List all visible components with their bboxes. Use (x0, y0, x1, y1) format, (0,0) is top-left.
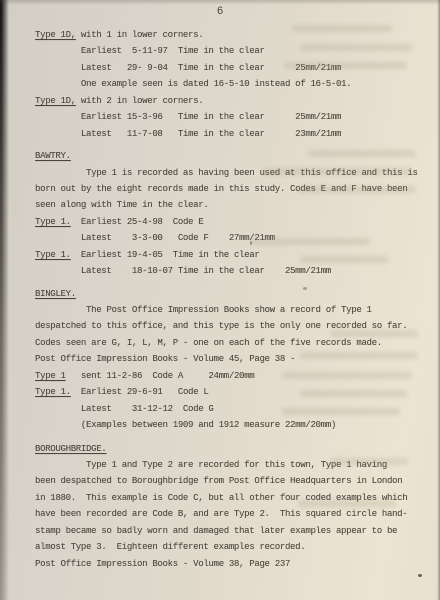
text-line: have been recorded are Code B, and are T… (35, 506, 430, 522)
body-text: Post Office Impression Books - Volume 45… (35, 354, 295, 364)
body-text: Latest 11-7-08 Time in the clear 23mm/21… (35, 129, 341, 139)
text-line: Post Office Impression Books - Volume 38… (35, 556, 430, 572)
text-line: Type 1D, with 2 in lower corners. (35, 93, 430, 109)
text-line: Latest 11-7-08 Time in the clear 23mm/21… (35, 126, 430, 142)
text-line: Latest 18-10-07 Time in the clear 25mm/2… (35, 263, 430, 279)
body-text: One example seen is dated 16-5-10 instea… (35, 79, 351, 89)
body-text: stamp became so badly worn and damaged t… (35, 526, 397, 536)
bleed-through-mark (298, 500, 396, 507)
body-text: sent 11-2-86 Code A 24mm/20mm (66, 371, 255, 381)
body-text: Post Office Impression Books - Volume 38… (35, 559, 290, 569)
underlined-heading-text: Type 1. (35, 250, 71, 260)
body-text: with 1 in lower corners. (76, 30, 204, 40)
text-line: One example seen is dated 16-5-10 instea… (35, 76, 430, 92)
underlined-heading-text: BOROUGHBRIDGE. (35, 444, 106, 454)
body-text: been despatched to Boroughbridge from Po… (35, 476, 402, 486)
body-text: Earliest 19-4-05 Time in the clear (71, 250, 260, 260)
underlined-heading-text: Type 1. (35, 387, 71, 397)
body-text: with 2 in lower corners. (76, 96, 204, 106)
text-line: BINGLEY. (35, 286, 430, 302)
bleed-through-mark (252, 238, 370, 245)
text-line: Codes seen are G, I, L, M, P - one on ea… (35, 335, 430, 351)
bleed-through-mark (300, 352, 418, 359)
body-text: The Post Office Impression Books show a … (35, 305, 372, 315)
bleed-through-mark (282, 408, 400, 415)
bleed-through-mark (300, 390, 408, 397)
document-lines: Type 1D, with 1 in lower corners. Earlie… (35, 27, 430, 572)
body-text: almost Type 3. Eighteen different exampl… (35, 542, 305, 552)
underlined-heading-text: BINGLEY. (35, 289, 76, 299)
text-line: Latest 3-3-00 Code F 27mm/21mm (35, 230, 430, 246)
body-text: Latest 31-12-12 Code G (35, 404, 214, 414)
text-line: (Examples between 1909 and 1912 measure … (35, 417, 430, 433)
text-line: almost Type 3. Eighteen different exampl… (35, 539, 430, 555)
body-text: seen along with Time in the clear. (35, 200, 208, 210)
text-line: Type 1. Earliest 25-4-98 Code E (35, 214, 430, 230)
underlined-heading-text: Type 1. (35, 217, 71, 227)
bleed-through-mark (282, 372, 412, 379)
body-text: Codes seen are G, I, L, M, P - one on ea… (35, 338, 382, 348)
text-line: Earliest 15-3-96 Time in the clear 25mm/… (35, 109, 430, 125)
body-text: Earliest 15-3-96 Time in the clear 25mm/… (35, 112, 341, 122)
bleed-through-mark (300, 44, 412, 51)
scan-edge-shadow-left (0, 0, 9, 600)
scan-speck (250, 241, 252, 245)
bleed-through-mark (300, 256, 388, 263)
body-text: Latest 3-3-00 Code F 27mm/21mm (35, 233, 275, 243)
text-line: stamp became so badly worn and damaged t… (35, 523, 430, 539)
body-text: Latest 18-10-07 Time in the clear 25mm/2… (35, 266, 331, 276)
bleed-through-mark (330, 330, 418, 337)
scan-speck (303, 287, 307, 290)
scan-speck (418, 574, 422, 577)
text-line: been despatched to Boroughbridge from Po… (35, 473, 430, 489)
underlined-heading-text: Type 1D, (35, 96, 76, 106)
bleed-through-mark (262, 168, 412, 175)
body-text: Earliest 29-6-91 Code L (71, 387, 209, 397)
bleed-through-mark (308, 150, 416, 157)
bleed-through-mark (284, 62, 406, 69)
text-line: The Post Office Impression Books show a … (35, 302, 430, 318)
underlined-heading-text: Type 1 (35, 371, 66, 381)
scan-edge-shadow-top (0, 0, 440, 5)
body-text: have been recorded are Code B, and are T… (35, 509, 407, 519)
body-text: (Examples between 1909 and 1912 measure … (35, 420, 336, 430)
body-text: Earliest 25-4-98 Code E (71, 217, 204, 227)
bleed-through-mark (298, 186, 416, 193)
scanned-page: 6 Type 1D, with 1 in lower corners. Earl… (0, 0, 440, 600)
underlined-heading-text: BAWTRY. (35, 151, 71, 161)
body-text: Earliest 5-11-97 Time in the clear (35, 46, 265, 56)
page-number: 6 (0, 5, 440, 19)
bleed-through-mark (330, 458, 408, 465)
text-line: seen along with Time in the clear. (35, 197, 430, 213)
underlined-heading-text: Type 1D, (35, 30, 76, 40)
text-line: BOROUGHBRIDGE. (35, 441, 430, 457)
bleed-through-mark (292, 25, 392, 32)
